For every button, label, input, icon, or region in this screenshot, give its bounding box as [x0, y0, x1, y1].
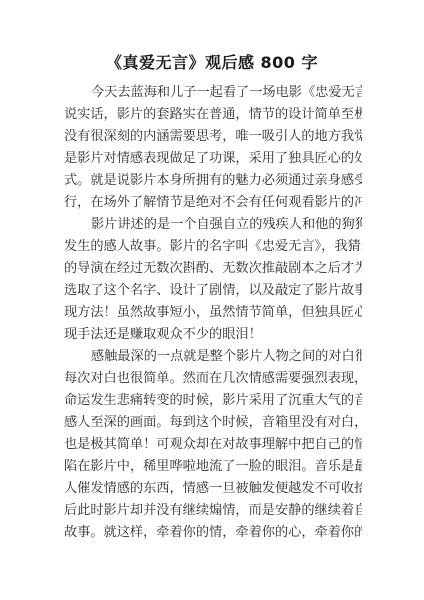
paragraph-2-line: 选取了这个名字、设计了剧情，以及敲定了影片故事的表: [64, 280, 362, 302]
paragraph-2-line: 影片讲述的是一个自强自立的残疾人和他的狗狗之间: [64, 214, 362, 236]
paragraph-1-line: 今天去蓝海和儿子一起看了一场电影《忠爱无言》，: [64, 82, 362, 104]
paragraph-1-line: 式。就是说影片本身所拥有的魅力必须通过亲身感受才: [64, 170, 362, 192]
paragraph-1-line: 没有很深刻的内涵需要思考，唯一吸引人的地方我觉得就: [64, 126, 362, 148]
paragraph-3-line: 感人至深的画面。每到这个时候，音箱里没有对白，画面: [64, 412, 362, 434]
paragraph-3-line: 故事。就这样，牵着你的情，牵着你的心，牵着你的柔: [64, 522, 362, 544]
paragraph-3-line: 每次对白也很简单。然而在几次情感需要强烈表现，人物: [64, 368, 362, 390]
paragraph-2-line: 发生的感人故事。影片的名字叫《忠爱无言》，我猜影片: [64, 236, 362, 258]
paragraph-3-line: 陷在影片中，稀里哗啦地流了一脸的眼泪。音乐是最能让: [64, 456, 362, 478]
paragraph-3-line: 感触最深的一点就是整个影片人物之间的对白很少，: [64, 346, 362, 368]
paragraph-2-line: 的导演在经过无数次斟酌、无数次推敲剧本之后才为电影: [64, 258, 362, 280]
paragraph-2-line: 现手法还是赚取观众不少的眼泪！: [64, 324, 362, 346]
paragraph-3-line: 命运发生悲痛转变的时候，影片采用了沉重大气的音乐和: [64, 390, 362, 412]
paragraph-1-line: 说实话，影片的套路实在普通，情节的设计简单至极，也: [64, 104, 362, 126]
document-page: 《真爱无言》观后感 800 字 今天去蓝海和儿子一起看了一场电影《忠爱无言》， …: [0, 0, 424, 600]
document-body: 今天去蓝海和儿子一起看了一场电影《忠爱无言》， 说实话，影片的套路实在普通，情节…: [64, 82, 362, 544]
paragraph-1-line: 是影片对情感表现做足了功课，采用了独具匠心的处理方: [64, 148, 362, 170]
document-title: 《真爱无言》观后感 800 字: [0, 50, 424, 73]
paragraph-3-line: 人催发情感的东西，情感一旦被触发便越发不可收拾，然: [64, 478, 362, 500]
paragraph-3-line: 也是极其简单！可观众却在对故事理解中把自己的情感沦: [64, 434, 362, 456]
paragraph-3-line: 后此时影片却并没有继续煽情，而是安静的继续着自己的: [64, 500, 362, 522]
paragraph-2-line: 现方法！虽然故事短小，虽然情节简单，但独具匠心的表: [64, 302, 362, 324]
paragraph-1-line: 行，在场外了解情节是绝对不会有任何观看影片的冲动。: [64, 192, 362, 214]
